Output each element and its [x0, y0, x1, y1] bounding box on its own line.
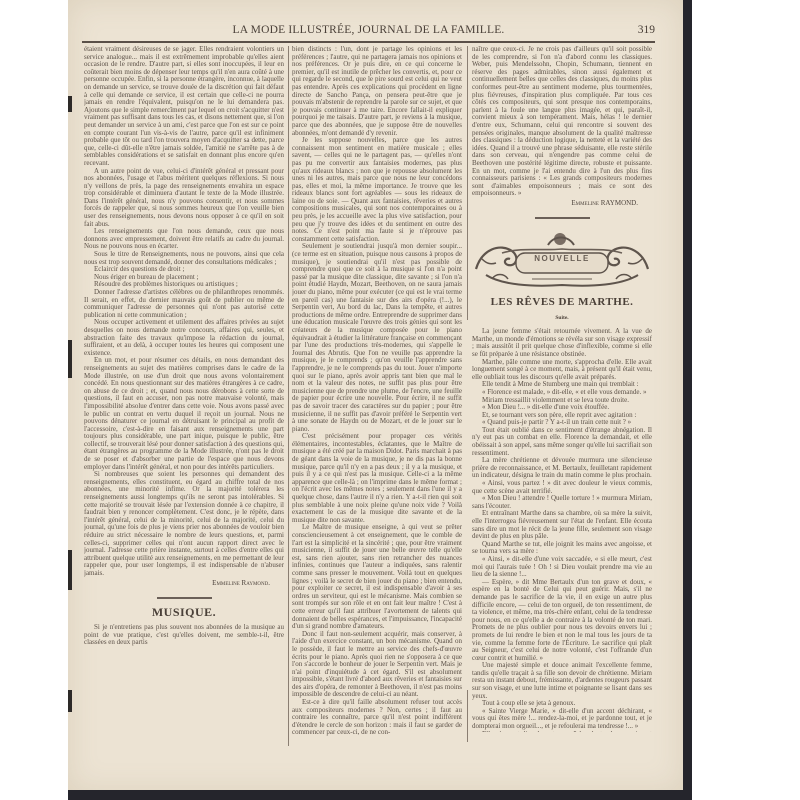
paragraph: naître que ceux-ci. Je ne crois pas d'ai…: [472, 46, 652, 198]
page-edge-mark: [68, 690, 72, 712]
dialogue-line: « Ainsi, » dit-elle d'une voix saccadée,…: [472, 556, 652, 579]
dialogue-line: « Mon Dieu ! attendre ! Quelle torture !…: [472, 495, 652, 510]
story-title: LES RÊVES DE MARTHE.: [472, 299, 652, 307]
paragraph: A un autre point de vue, celui-ci d'inté…: [84, 168, 284, 229]
dialogue-line: — Espère, » dit Mme Bertaulx d'un ton gr…: [472, 579, 652, 663]
paragraph: Marthe, pâle comme une morte, s'approcha…: [472, 359, 652, 382]
paragraph: Une majesté simple et douce animait l'ex…: [472, 662, 652, 700]
page-edge-mark: [68, 96, 72, 112]
paragraph: La jeune femme s'était retournée vivemen…: [472, 328, 652, 358]
ornament-label: NOUVELLE: [472, 255, 652, 263]
paragraph: En un mot, et pour résumer ces détails, …: [84, 357, 284, 471]
section-divider: [157, 597, 212, 599]
author-signature: Emmeline RAYMOND.: [472, 200, 652, 208]
running-head: LA MODE ILLUSTRÉE, JOURNAL DE LA FAMILLE…: [82, 24, 655, 38]
paragraph: Et entraînant Marthe dans sa chambre, où…: [472, 510, 652, 540]
renseignements-article: étaient vraiment désireuses de se jager.…: [84, 46, 284, 578]
column-middle: bien distincts : l'un, dont je partage l…: [292, 46, 462, 744]
column-divider: [467, 46, 468, 320]
column-right: naître que ceux-ci. Je ne crois pas d'ai…: [472, 46, 652, 732]
page-edge-mark: [68, 550, 72, 590]
page-edge-mark: [68, 340, 72, 378]
paragraph: Seulement je soutiendrai jusqu'à mon der…: [292, 243, 462, 433]
list-item: Donner l'adresse d'artistes célèbres ou …: [84, 289, 284, 319]
paragraph: Le Maître de musique enseigne, à qui veu…: [292, 524, 462, 630]
list-item: Nous occuper activement et utilement des…: [84, 319, 284, 357]
section-title-musique: MUSIQUE.: [84, 609, 284, 617]
section-divider: [535, 217, 590, 219]
paragraph: Les renseignements que l'on nous demande…: [84, 228, 284, 251]
paragraph: Je les suppose nouvelles, parce que les …: [292, 137, 462, 243]
dialogue-line: « Ainsi, vous partez ! » dit avec douleu…: [472, 480, 652, 495]
paragraph: C'est précisément pour propager ces véri…: [292, 433, 462, 524]
nouvelle-ornament-banner: NOUVELLE: [472, 229, 652, 291]
paragraph: Si nombreuses que soient les personnes q…: [84, 471, 284, 577]
column-divider: [467, 690, 468, 742]
header-rule: [82, 41, 655, 43]
dialogue-line: « Sainte Vierge Marie, » dit-elle d'un a…: [472, 708, 652, 731]
column-divider: [288, 46, 289, 746]
scan-border-bottom: [68, 790, 692, 800]
paragraph: étaient vraiment désireuses de se jager.…: [84, 46, 284, 168]
paragraph: Quand Marthe se tut, elle joignit les ma…: [472, 541, 652, 556]
paragraph: La mère chrétienne et dévouée murmura un…: [472, 457, 652, 480]
scan-border-right: [683, 0, 692, 800]
paragraph: Si je n'entretiens pas plus souvent nos …: [84, 624, 284, 647]
column-left: étaient vraiment désireuses de se jager.…: [84, 46, 284, 746]
journal-title: LA MODE ILLUSTRÉE, JOURNAL DE LA FAMILLE…: [82, 24, 655, 36]
paragraph: Tout était oublié dans ce sentiment d'ét…: [472, 427, 652, 457]
paragraph: bien distincts : l'un, dont je partage l…: [292, 46, 462, 137]
page-number: 319: [638, 24, 655, 36]
paragraph: Est-ce à dire qu'il faille absolument re…: [292, 699, 462, 737]
paragraph: Donc il faut non-seulement acquérir, mai…: [292, 631, 462, 699]
paragraph: Sous le titre de Renseignements, nous ne…: [84, 251, 284, 266]
author-signature: Emmeline Raymond.: [84, 580, 284, 588]
paragraph: Elle n'en put dire davantage ; d'abondan…: [472, 731, 652, 732]
story-subtitle: Suite.: [472, 315, 652, 323]
